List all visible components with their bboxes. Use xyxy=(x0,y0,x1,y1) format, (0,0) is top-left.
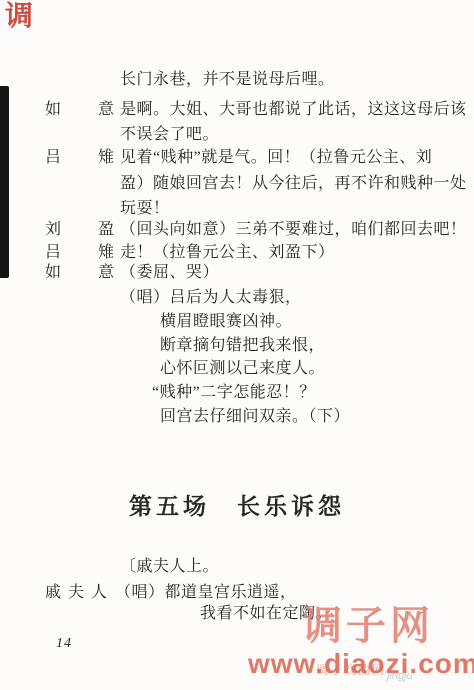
verse-line: “贱种”二字怎能忍！？ xyxy=(152,383,316,402)
dialogue-line: 长门永巷，并不是说母后哩。 xyxy=(120,70,335,89)
dialogue-line: 见着“贱种”就是气。回！（拉鲁元公主、刘 xyxy=(120,148,432,167)
dialogue-line: （回头向如意）三弟不要难过，咱们都回去吧！ xyxy=(120,220,467,239)
book-page: 调 长门永巷，并不是说母后哩。 如意 是啊。大姐、大哥也都说了此话，这这这母后该… xyxy=(0,0,474,690)
dialogue-line: （委屈、哭） xyxy=(120,263,219,282)
dialogue-line: 玩耍！ xyxy=(120,199,170,218)
dialogue-line: 盈）随娘回宫去！从今往后，再不许和贱种一处 xyxy=(120,174,467,193)
verse-line: 回宫去仔细问双亲。（下） xyxy=(160,407,350,426)
verse-intro-line: （唱）都道皇宫乐逍遥， xyxy=(115,583,297,602)
watermark-site-url: www.diaozi.com xyxy=(248,649,474,680)
page-number: 14 xyxy=(56,636,72,652)
stage-direction: 〔戚夫人上。 xyxy=(120,557,219,576)
watermark-site-name: 调子网 xyxy=(302,603,434,649)
verse-line: 心怀叵测以己来度人。 xyxy=(160,359,325,378)
speaker-name: 戚夫人 xyxy=(45,583,114,602)
scan-edge-artifact xyxy=(0,86,9,278)
dialogue-line: 走！（拉鲁元公主、刘盈下） xyxy=(120,243,335,262)
verse-intro-line: （唱）吕后为人太毒狠， xyxy=(120,288,302,307)
dialogue-line: 不误会了吧。 xyxy=(120,125,219,144)
dialogue-line: 是啊。大姐、大哥也都说了此话，这这这母后该 xyxy=(120,100,467,119)
scene-heading: 第五场 长乐诉怨 xyxy=(0,488,474,521)
verse-line: 断章摘句错把我来恨， xyxy=(160,336,325,355)
watermark-corner-mark: 调 xyxy=(5,2,33,30)
verse-line: 横眉瞪眼赛凶神。 xyxy=(160,312,292,331)
